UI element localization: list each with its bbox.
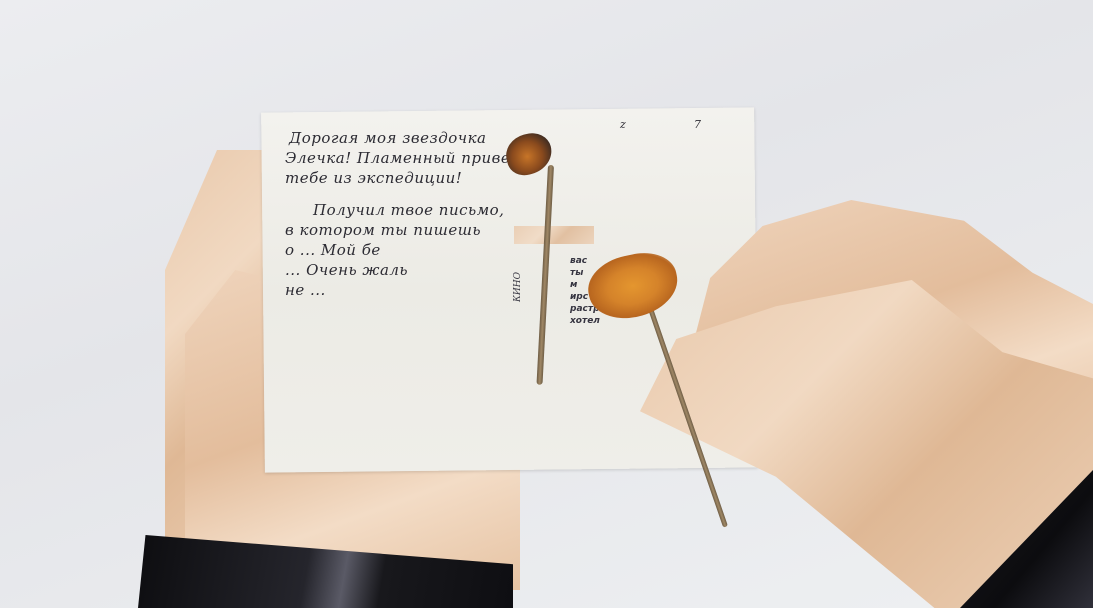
letter-line: не ... bbox=[285, 280, 525, 300]
letter-text: Дорогая моя звездочка Элечка! Пламенный … bbox=[285, 128, 525, 300]
bark-strip bbox=[514, 226, 594, 244]
corner-mark: 7 bbox=[694, 115, 702, 135]
letter-line: ... Очень жаль bbox=[285, 260, 525, 280]
letter-line: Дорогая моя звездочка bbox=[285, 128, 525, 148]
letter-line: в котором ты пишешь bbox=[285, 220, 525, 240]
letter-line: о ... Мой бе bbox=[285, 240, 525, 260]
vertical-note: КИНО bbox=[513, 272, 523, 302]
letter-line: Получил твое письмо, bbox=[285, 200, 525, 220]
letter-line: тебе из экспедиции! bbox=[285, 168, 525, 188]
letter-line: Элечка! Пламенный привет bbox=[285, 148, 525, 168]
corner-mark: z bbox=[620, 115, 626, 135]
side-note-line: хотел bbox=[570, 315, 610, 327]
